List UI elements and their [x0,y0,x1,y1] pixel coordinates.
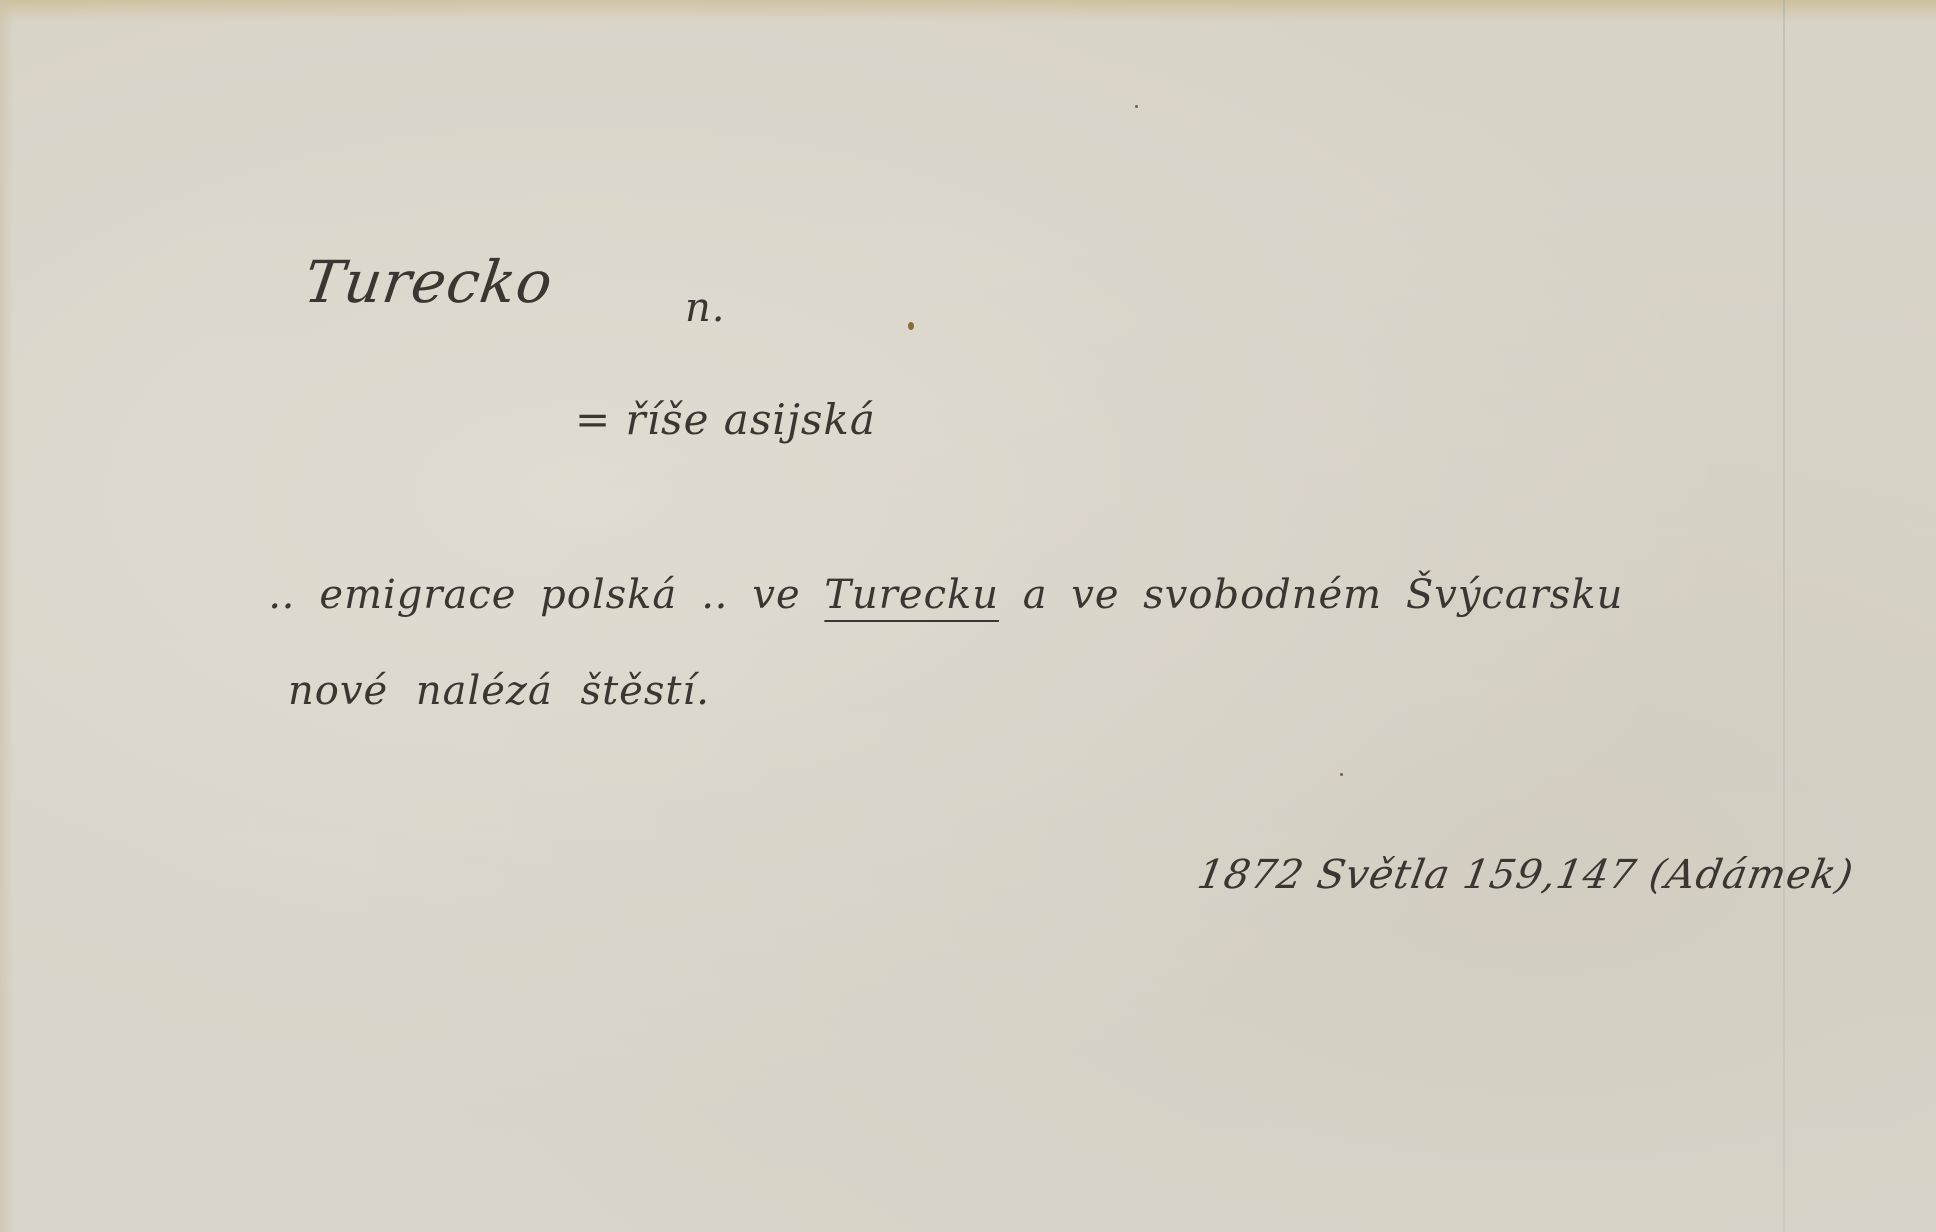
example-prefix: ‥ emigrace polská ‥ ve [268,572,801,618]
index-card: Turecko n. = říše asijská ‥ emigrace pol… [0,0,1936,1232]
example-line-2: nové nalézá štěstí. [288,668,710,714]
ink-speck [1135,105,1138,108]
headword: Turecko [300,248,557,316]
definition: = říše asijská [575,395,876,444]
card-left-edge [0,0,14,1232]
example-suffix: a ve svobodném Švýcarsku [1023,572,1624,618]
source-citation: 1872 Světla 159,147 (Adámek) [1194,852,1857,898]
paper-crease [1783,0,1785,1232]
example-underlined-headword: Turecku [824,572,999,618]
ink-speck [1340,773,1343,776]
example-line-1: ‥ emigrace polská ‥ ve Turecku a ve svob… [268,572,1623,618]
ink-speck [908,322,914,330]
grammatical-gender: n. [685,285,725,331]
